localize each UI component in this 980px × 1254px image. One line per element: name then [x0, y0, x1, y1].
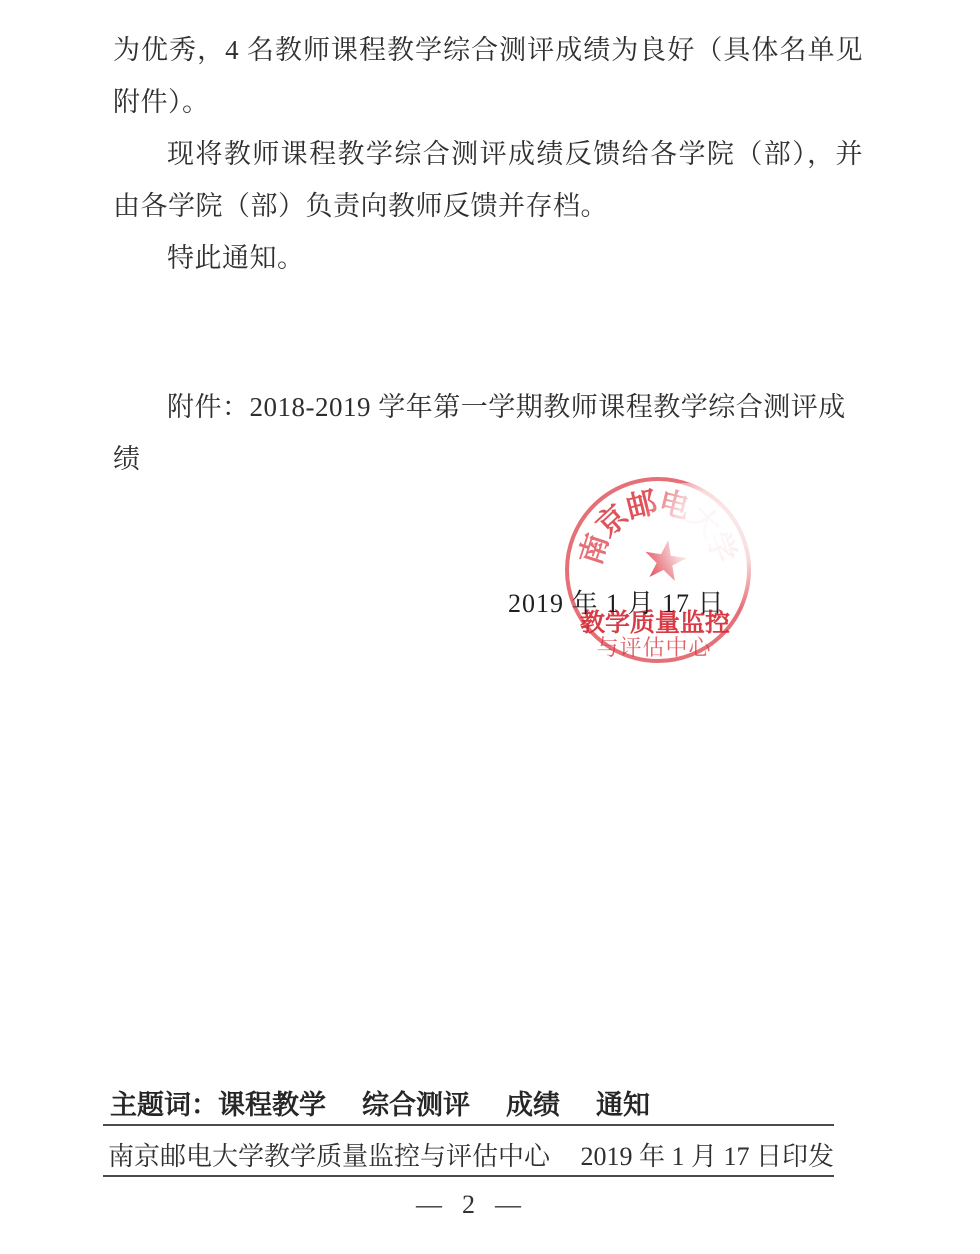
official-seal: 南 京 邮 电 大 学 ★ 教学质量监控 与评估中心: [565, 477, 751, 663]
footer-line: 南京邮电大学教学质量监控与评估中心 2019 年 1 月 17 日印发: [108, 1136, 834, 1173]
document-page: 为优秀，4 名教师课程教学综合测评成绩为良好（具体名单见附件）。 现将教师课程教…: [0, 0, 980, 1254]
body-text-block: 为优秀，4 名教师课程教学综合测评成绩为良好（具体名单见附件）。 现将教师课程教…: [113, 24, 863, 485]
keyword-item: 综合测评: [362, 1090, 470, 1120]
print-date: 2019 年 1 月 17 日印发: [580, 1136, 834, 1173]
date-line: 2019 年 1 月 17 日: [508, 583, 725, 620]
divider-top: [103, 1124, 834, 1126]
page-number-value: 2: [462, 1190, 475, 1219]
page-number: —2—: [103, 1190, 834, 1220]
keyword-item: 通知: [596, 1090, 650, 1120]
paragraph-notice: 特此通知。: [113, 232, 863, 284]
attachment-line: 附件：2018-2019 学年第一学期教师课程教学综合测评成绩: [113, 381, 863, 485]
divider-bottom: [103, 1175, 834, 1177]
keywords-label: 主题词：: [110, 1090, 218, 1120]
keywords-line: 主题词：课程教学综合测评成绩通知: [110, 1083, 650, 1122]
paragraph-feedback: 现将教师课程教学综合测评成绩反馈给各学院（部），并由各学院（部）负责向教师反馈并…: [113, 128, 863, 232]
keyword-item: 成绩: [506, 1090, 560, 1120]
keyword-item: 课程教学: [218, 1090, 326, 1120]
paragraph-continuation: 为优秀，4 名教师课程教学综合测评成绩为良好（具体名单见附件）。: [113, 24, 863, 128]
issuer: 南京邮电大学教学质量监控与评估中心: [108, 1136, 550, 1173]
page-number-dash: —: [495, 1190, 521, 1219]
seal-department-line2: 与评估中心: [569, 631, 739, 662]
page-number-dash: —: [416, 1190, 442, 1219]
